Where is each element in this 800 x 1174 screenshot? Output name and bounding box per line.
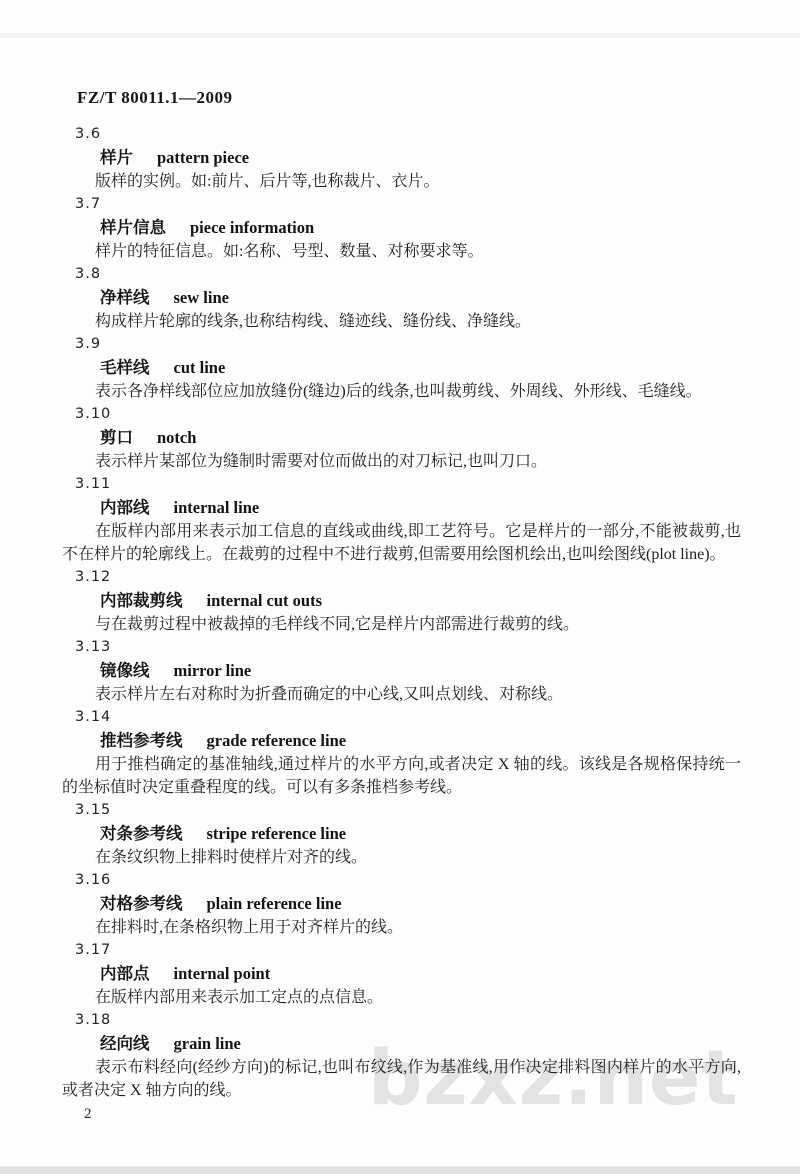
term-entry: 3.16 对格参考线plain reference line 在排料时,在条格织… (62, 869, 741, 939)
term-cn-label: 内部线 (100, 499, 150, 517)
term-definition: 在排料时,在条格织物上用于对齐样片的线。 (62, 916, 741, 939)
page-number: 2 (62, 1103, 741, 1126)
term-cn-label: 剪口 (100, 429, 133, 447)
term-line: 内部裁剪线internal cut outs (62, 589, 741, 613)
term-definition: 版样的实例。如:前片、后片等,也称裁片、衣片。 (62, 170, 741, 193)
page-content: FZ/T 80011.1—2009 3.6 样片pattern piece 版样… (62, 86, 741, 1126)
term-cn-label: 推档参考线 (100, 732, 183, 750)
clause-number: 3.16 (62, 869, 741, 892)
term-definition: 表示样片左右对称时为折叠而确定的中心线,又叫点划线、对称线。 (62, 683, 741, 706)
term-cn-label: 毛样线 (100, 359, 150, 377)
standard-number-header: FZ/T 80011.1—2009 (62, 86, 741, 109)
term-entry: 3.6 样片pattern piece 版样的实例。如:前片、后片等,也称裁片、… (62, 123, 741, 193)
term-entry: 3.14 推档参考线grade reference line 用于推档确定的基准… (62, 706, 741, 799)
term-line: 剪口notch (62, 426, 741, 450)
term-entry: 3.17 内部点internal point 在版样内部用来表示加工定点的点信息… (62, 939, 741, 1009)
term-entry: 3.10 剪口notch 表示样片某部位为缝制时需要对位而做出的对刀标记,也叫刀… (62, 403, 741, 473)
term-line: 对格参考线plain reference line (62, 892, 741, 916)
term-definition: 在版样内部用来表示加工信息的直线或曲线,即工艺符号。它是样片的一部分,不能被裁剪… (62, 520, 741, 566)
scan-artifact-band (0, 33, 800, 38)
term-entry: 3.8 净样线sew line 构成样片轮廓的线条,也称结构线、缝迹线、缝份线、… (62, 263, 741, 333)
term-line: 对条参考线stripe reference line (62, 822, 741, 846)
term-entry: 3.9 毛样线cut line 表示各净样线部位应加放缝份(缝边)后的线条,也叫… (62, 333, 741, 403)
term-entry: 3.7 样片信息piece information 样片的特征信息。如:名称、号… (62, 193, 741, 263)
term-en-label: grade reference line (207, 731, 347, 750)
term-cn-label: 样片信息 (100, 219, 166, 237)
term-cn-label: 内部裁剪线 (100, 592, 183, 610)
document-page: bzxz.net FZ/T 80011.1—2009 3.6 样片pattern… (0, 0, 800, 1174)
term-definition: 在条纹织物上排料时使样片对齐的线。 (62, 846, 741, 869)
clause-number: 3.7 (62, 193, 741, 216)
clause-number: 3.9 (62, 333, 741, 356)
term-en-label: grain line (174, 1034, 241, 1053)
clause-number: 3.13 (62, 636, 741, 659)
term-cn-label: 镜像线 (100, 662, 150, 680)
term-line: 镜像线mirror line (62, 659, 741, 683)
term-en-label: stripe reference line (207, 824, 347, 843)
term-en-label: sew line (174, 288, 229, 307)
term-entry: 3.18 经向线grain line 表示布料经向(经纱方向)的标记,也叫布纹线… (62, 1009, 741, 1102)
term-en-label: notch (157, 428, 196, 447)
clause-number: 3.6 (62, 123, 741, 146)
term-en-label: piece information (190, 218, 314, 237)
clause-number: 3.11 (62, 473, 741, 496)
term-line: 样片pattern piece (62, 146, 741, 170)
term-definition: 在版样内部用来表示加工定点的点信息。 (62, 986, 741, 1009)
clause-number: 3.17 (62, 939, 741, 962)
clause-number: 3.12 (62, 566, 741, 589)
clause-number: 3.15 (62, 799, 741, 822)
clause-number: 3.8 (62, 263, 741, 286)
scan-edge-band (0, 1167, 800, 1174)
clause-number: 3.14 (62, 706, 741, 729)
term-definition: 表示样片某部位为缝制时需要对位而做出的对刀标记,也叫刀口。 (62, 450, 741, 473)
term-cn-label: 对格参考线 (100, 895, 183, 913)
term-en-label: internal point (174, 964, 271, 983)
term-en-label: internal line (174, 498, 260, 517)
term-line: 内部线internal line (62, 496, 741, 520)
term-definition: 用于推档确定的基准轴线,通过样片的水平方向,或者决定 X 轴的线。该线是各规格保… (62, 753, 741, 799)
term-en-label: internal cut outs (207, 591, 323, 610)
term-entry: 3.11 内部线internal line 在版样内部用来表示加工信息的直线或曲… (62, 473, 741, 566)
term-cn-label: 样片 (100, 149, 133, 167)
term-cn-label: 内部点 (100, 965, 150, 983)
term-definition: 样片的特征信息。如:名称、号型、数量、对称要求等。 (62, 240, 741, 263)
term-entry: 3.15 对条参考线stripe reference line 在条纹织物上排料… (62, 799, 741, 869)
clause-number: 3.10 (62, 403, 741, 426)
term-line: 净样线sew line (62, 286, 741, 310)
term-en-label: mirror line (174, 661, 252, 680)
term-entry: 3.12 内部裁剪线internal cut outs 与在裁剪过程中被裁掉的毛… (62, 566, 741, 636)
term-line: 毛样线cut line (62, 356, 741, 380)
term-line: 样片信息piece information (62, 216, 741, 240)
term-definition: 与在裁剪过程中被裁掉的毛样线不同,它是样片内部需进行裁剪的线。 (62, 613, 741, 636)
term-cn-label: 净样线 (100, 289, 150, 307)
term-cn-label: 经向线 (100, 1035, 150, 1053)
term-definition: 构成样片轮廓的线条,也称结构线、缝迹线、缝份线、净缝线。 (62, 310, 741, 333)
term-line: 内部点internal point (62, 962, 741, 986)
clause-number: 3.18 (62, 1009, 741, 1032)
term-entry: 3.13 镜像线mirror line 表示样片左右对称时为折叠而确定的中心线,… (62, 636, 741, 706)
term-definition: 表示布料经向(经纱方向)的标记,也叫布纹线,作为基准线,用作决定排料图内样片的水… (62, 1056, 741, 1102)
term-definition: 表示各净样线部位应加放缝份(缝边)后的线条,也叫裁剪线、外周线、外形线、毛缝线。 (62, 380, 741, 403)
term-en-label: plain reference line (207, 894, 342, 913)
term-line: 推档参考线grade reference line (62, 729, 741, 753)
term-en-label: pattern piece (157, 148, 249, 167)
term-en-label: cut line (174, 358, 226, 377)
term-cn-label: 对条参考线 (100, 825, 183, 843)
term-line: 经向线grain line (62, 1032, 741, 1056)
